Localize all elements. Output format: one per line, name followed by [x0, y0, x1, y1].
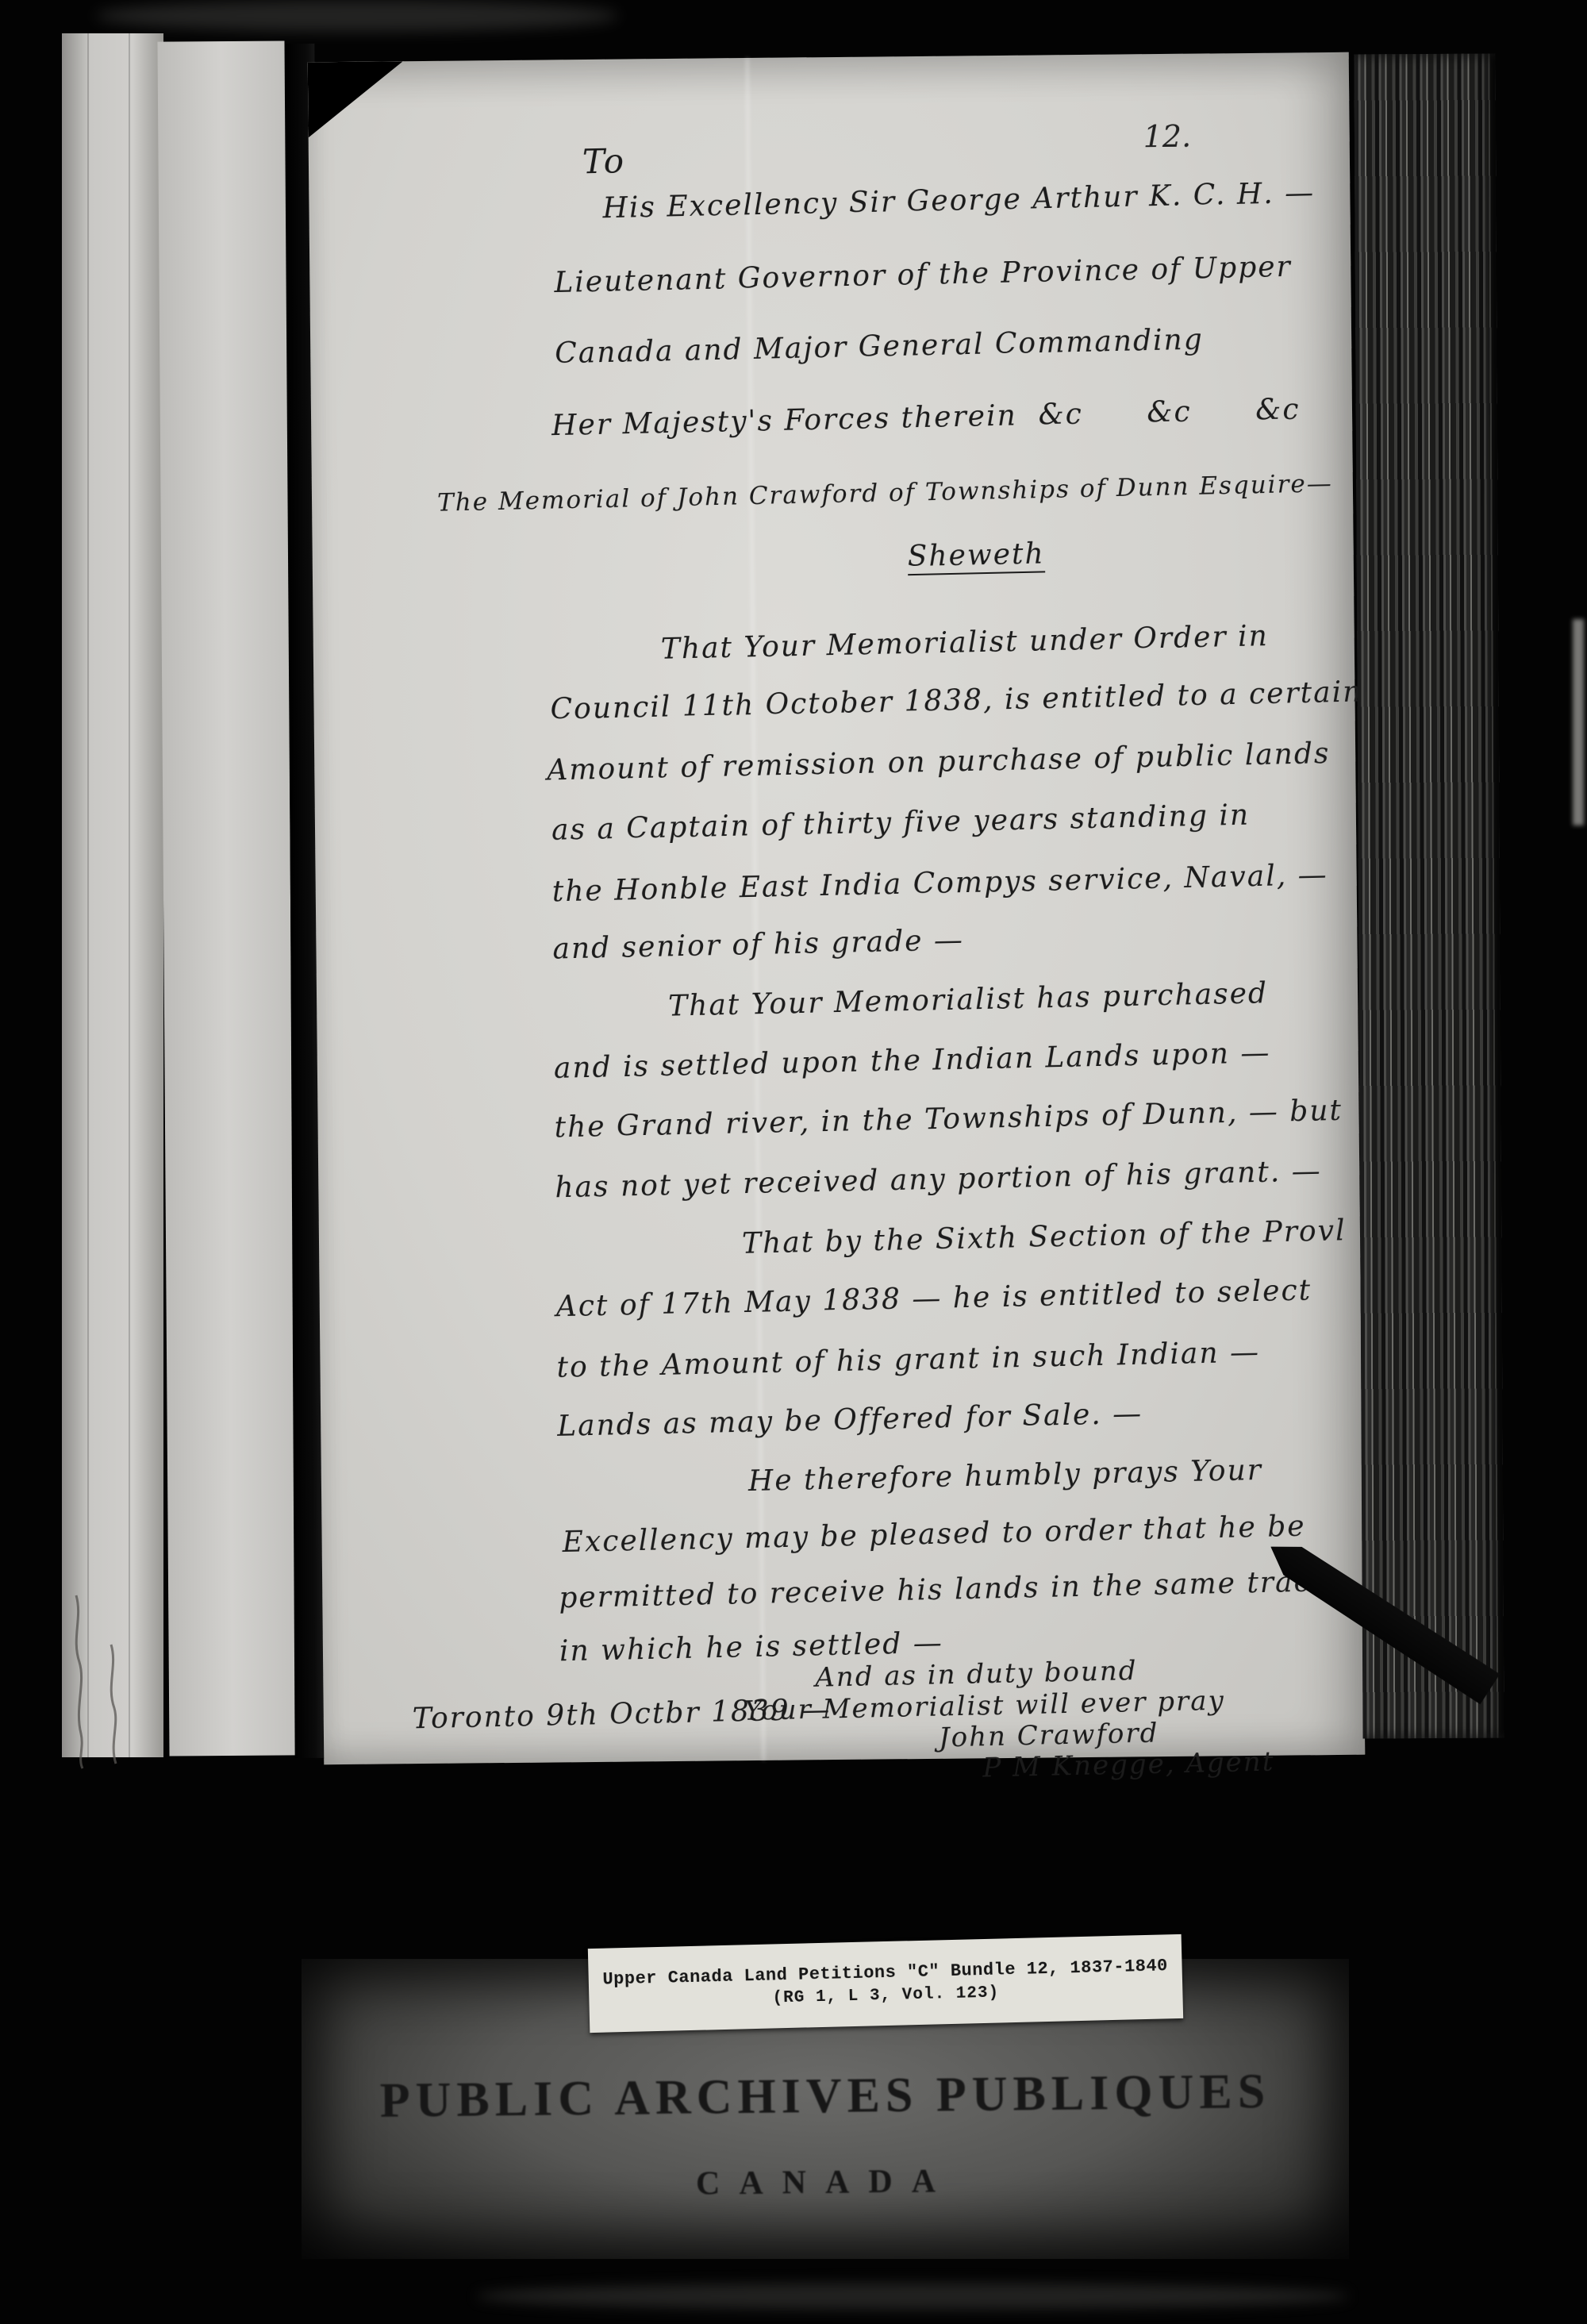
adjacent-page-edge	[62, 33, 163, 1757]
page-edge-seam	[129, 33, 130, 1757]
body-line: has not yet received any portion of his …	[555, 1157, 1322, 1202]
signature-agent: P M Knegge, Agent	[982, 1749, 1275, 1782]
body-line: and senior of his grade —	[552, 926, 964, 964]
body-line: He therefore humbly prays Your	[748, 1456, 1263, 1496]
page-edge-seam	[87, 33, 89, 1757]
page-corner-shadow	[308, 61, 404, 137]
body-line: That by the Sixth Section of the Provl	[742, 1217, 1347, 1259]
dateline: Toronto 9th Octbr 1839 —	[412, 1696, 831, 1733]
memorial-line: The Memorial of John Crawford of Townshi…	[437, 471, 1333, 516]
film-artifact-top	[95, 0, 619, 32]
film-edge-sliver	[1573, 619, 1584, 825]
body-line: as a Captain of thirty five years standi…	[551, 802, 1251, 845]
body-line: the Grand river, in the Townships of Dun…	[554, 1097, 1343, 1143]
sheweth-line: Sheweth	[907, 540, 1045, 575]
microfilm-frame: 12. To His Excellency Sir George Arthur …	[0, 0, 1587, 2324]
archive-reference-label: Upper Canada Land Petitions "C" Bundle 1…	[588, 1934, 1183, 2033]
body-line: Amount of remission on purchase of publi…	[547, 740, 1331, 786]
body-line: to the Amount of his grant in such India…	[556, 1338, 1260, 1382]
address-line: Lieutenant Governor of the Province of U…	[554, 253, 1292, 298]
label-line: Upper Canada Land Petitions "C" Bundle 1…	[602, 1956, 1168, 1989]
address-line: Her Majesty's Forces therein &c &c &c	[551, 396, 1301, 441]
label-line: (RG 1, L 3, Vol. 123)	[772, 1983, 999, 2007]
address-line: His Excellency Sir George Arthur K. C. H…	[602, 179, 1315, 224]
body-line: the Honble East India Compys service, Na…	[551, 861, 1328, 906]
body-line: Council 11th October 1838, is entitled t…	[550, 678, 1362, 724]
archives-stamp-text: CANADA	[302, 2158, 1349, 2207]
address-line: Canada and Major General Commanding	[555, 326, 1204, 369]
film-artifact-bottom	[476, 2283, 1349, 2310]
book-fore-edge	[1354, 54, 1504, 1739]
body-line: and is settled upon the Indian Lands upo…	[554, 1039, 1271, 1083]
body-line: Lands as may be Offered for Sale. —	[557, 1400, 1143, 1441]
archives-stamp-text: PUBLIC ARCHIVES PUBLIQUES	[302, 2063, 1350, 2130]
salutation-to: To	[582, 144, 626, 179]
signature-crawford: John Crawford	[939, 1719, 1159, 1751]
page-number: 12.	[1143, 119, 1191, 155]
body-line: Excellency may be pleased to order that …	[562, 1513, 1306, 1557]
closing-line: And as in duty bound	[815, 1657, 1138, 1691]
underlying-page-edge	[157, 40, 296, 1756]
body-line: permitted to receive his lands in the sa…	[559, 1568, 1325, 1613]
petition-page: 12. To His Excellency Sir George Arthur …	[308, 52, 1366, 1764]
margin-annotation-script	[62, 1589, 157, 1772]
body-line: Act of 17th May 1838 — he is entitled to…	[555, 1276, 1312, 1322]
body-line: That Your Memorialist has purchased	[668, 979, 1269, 1021]
paper-crease	[746, 58, 766, 1760]
